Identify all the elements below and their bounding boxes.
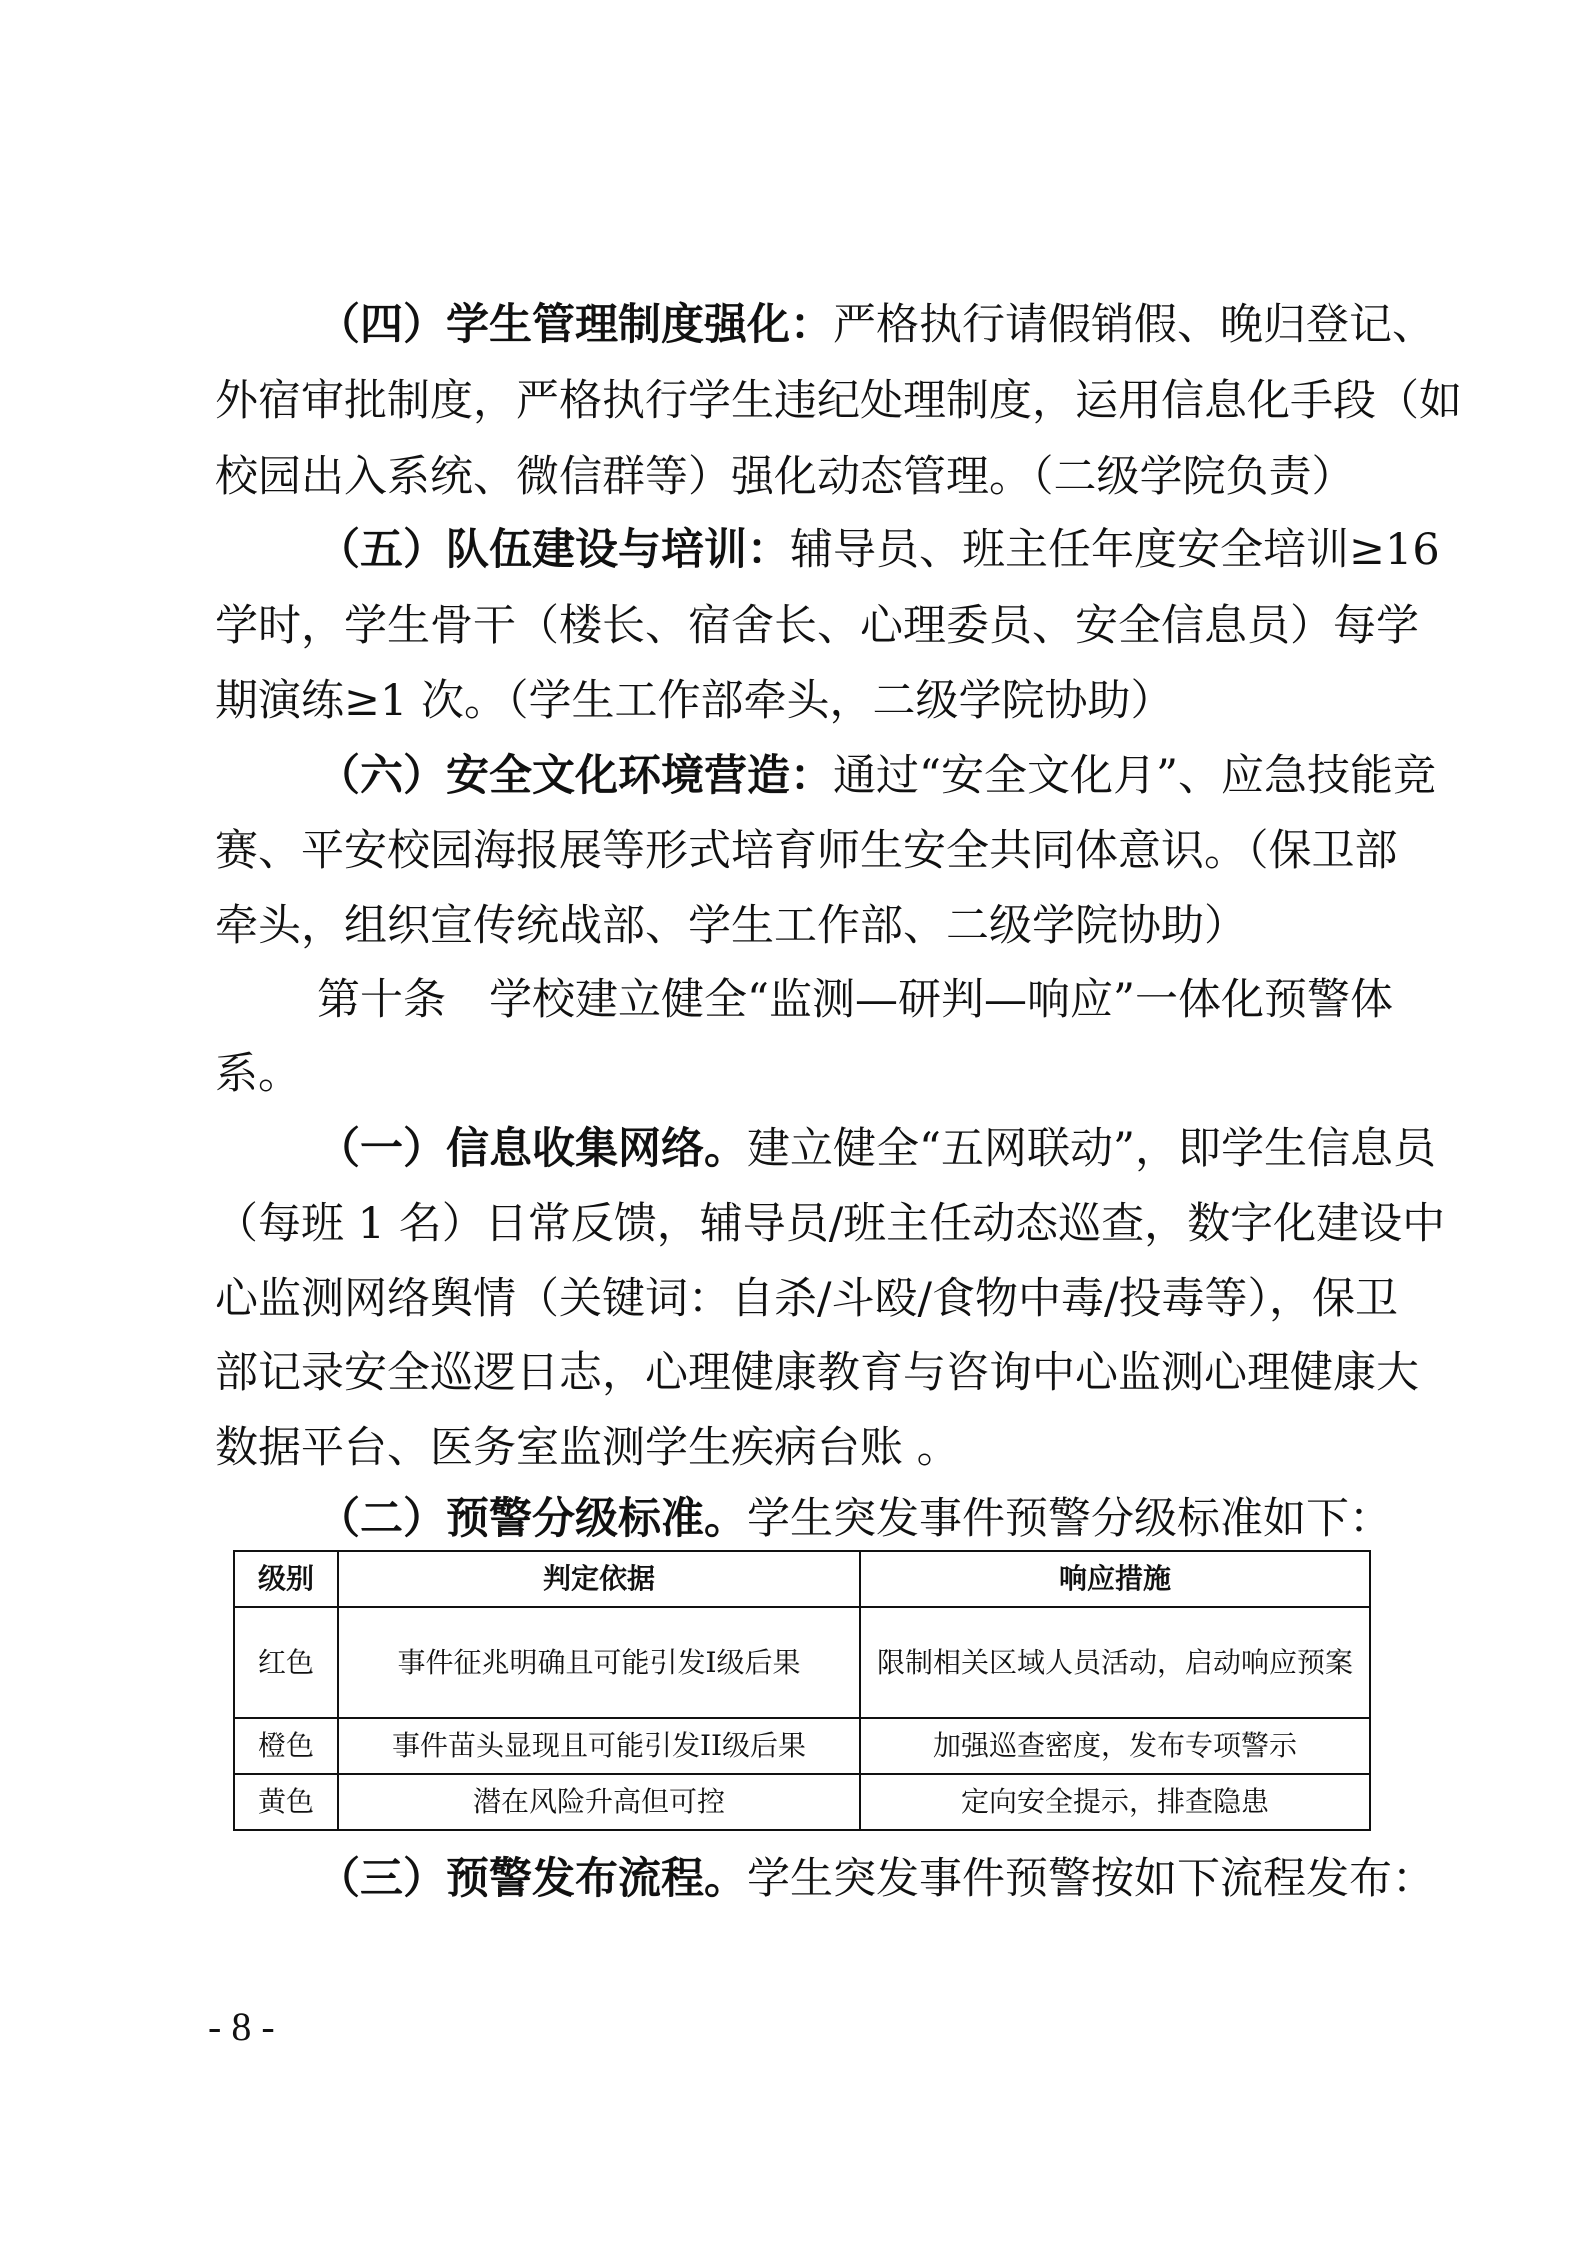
section-heading: （五）队伍建设与培训： [317,525,790,575]
section-1-line-4: 部记录安全巡逻日志，心理健康教育与咨询中心监测心理健康大 [215,1336,1370,1411]
paragraph-text: 学生突发事件预警分级标准如下： [747,1494,1392,1544]
paragraph-6-line-1: （六）安全文化环境营造：通过“安全文化月”、应急技能竞 [317,739,1370,814]
section-heading: （一）信息收集网络。 [317,1124,747,1174]
table-row: 红色 事件征兆明确且可能引发I级后果 限制相关区域人员活动，启动响应预案 [234,1607,1370,1718]
table-row: 橙色 事件苗头显现且可能引发II级后果 加强巡查密度，发布专项警示 [234,1718,1370,1774]
basis-cell: 事件苗头显现且可能引发II级后果 [338,1718,860,1774]
level-cell: 红色 [234,1607,338,1718]
header-response: 响应措施 [860,1551,1370,1607]
response-cell: 加强巡查密度，发布专项警示 [860,1718,1370,1774]
header-basis: 判定依据 [338,1551,860,1607]
table-row: 黄色 潜在风险升高但可控 定向安全提示，排查隐患 [234,1774,1370,1830]
basis-cell: 事件征兆明确且可能引发I级后果 [338,1607,860,1718]
article-10-line-1: 第十条 学校建立健全“监测—研判—响应”一体化预警体 [317,963,1370,1038]
section-heading: （三）预警发布流程。 [317,1854,747,1904]
section-heading: （四）学生管理制度强化： [317,300,833,350]
paragraph-5-line-3: 期演练≥1 次。（学生工作部牵头，二级学院协助） [215,664,1370,739]
section-1-line-2: （每班 1 名）日常反馈，辅导员/班主任动态巡查，数字化建设中 [215,1187,1370,1262]
section-2-line-1: （二）预警分级标准。学生突发事件预警分级标准如下： [317,1482,1370,1557]
level-cell: 黄色 [234,1774,338,1830]
paragraph-6-line-3: 牵头，组织宣传统战部、学生工作部、二级学院协助） [215,889,1370,964]
section-heading: （二）预警分级标准。 [317,1494,747,1544]
paragraph-text: 辅导员、班主任年度安全培训≥16 [790,525,1440,575]
paragraph-6-line-2: 赛、平安校园海报展等形式培育师生安全共同体意识。（保卫部 [215,814,1370,889]
paragraph-5-line-1: （五）队伍建设与培训：辅导员、班主任年度安全培训≥16 [317,513,1370,588]
level-cell: 橙色 [234,1718,338,1774]
section-1-line-3: 心监测网络舆情（关键词：自杀/斗殴/食物中毒/投毒等），保卫 [215,1262,1370,1337]
table-header-row: 级别 判定依据 响应措施 [234,1551,1370,1607]
paragraph-4-line-3: 校园出入系统、微信群等）强化动态管理。（二级学院负责） [215,440,1370,515]
section-1-line-1: （一）信息收集网络。建立健全“五网联动”，即学生信息员 [317,1112,1370,1187]
paragraph-5-line-2: 学时，学生骨干（楼长、宿舍长、心理委员、安全信息员）每学 [215,589,1370,664]
section-heading: （六）安全文化环境营造： [317,751,833,801]
warning-level-table: 级别 判定依据 响应措施 红色 事件征兆明确且可能引发I级后果 限制相关区域人员… [233,1550,1371,1831]
response-cell: 定向安全提示，排查隐患 [860,1774,1370,1830]
paragraph-text: 学生突发事件预警按如下流程发布： [747,1854,1435,1904]
paragraph-4-line-2: 外宿审批制度，严格执行学生违纪处理制度，运用信息化手段（如 [215,364,1370,439]
article-10-line-2: 系。 [215,1037,1370,1112]
basis-cell: 潜在风险升高但可控 [338,1774,860,1830]
section-3-line-1: （三）预警发布流程。学生突发事件预警按如下流程发布： [317,1842,1370,1917]
paragraph-text: 建立健全“五网联动”，即学生信息员 [747,1124,1436,1174]
warning-level-table-container: 级别 判定依据 响应措施 红色 事件征兆明确且可能引发I级后果 限制相关区域人员… [233,1550,1369,1831]
response-cell: 限制相关区域人员活动，启动响应预案 [860,1607,1370,1718]
page-number: - 8 - [208,2005,275,2049]
paragraph-4-line-1: （四）学生管理制度强化：严格执行请假销假、晚归登记、 [317,288,1370,363]
document-page: （四）学生管理制度强化：严格执行请假销假、晚归登记、 外宿审批制度，严格执行学生… [0,0,1587,2245]
header-level: 级别 [234,1551,338,1607]
paragraph-text: 严格执行请假销假、晚归登记、 [833,300,1435,350]
paragraph-text: 通过“安全文化月”、应急技能竞 [833,751,1436,801]
section-1-line-5: 数据平台、医务室监测学生疾病台账 。 [215,1411,1370,1486]
